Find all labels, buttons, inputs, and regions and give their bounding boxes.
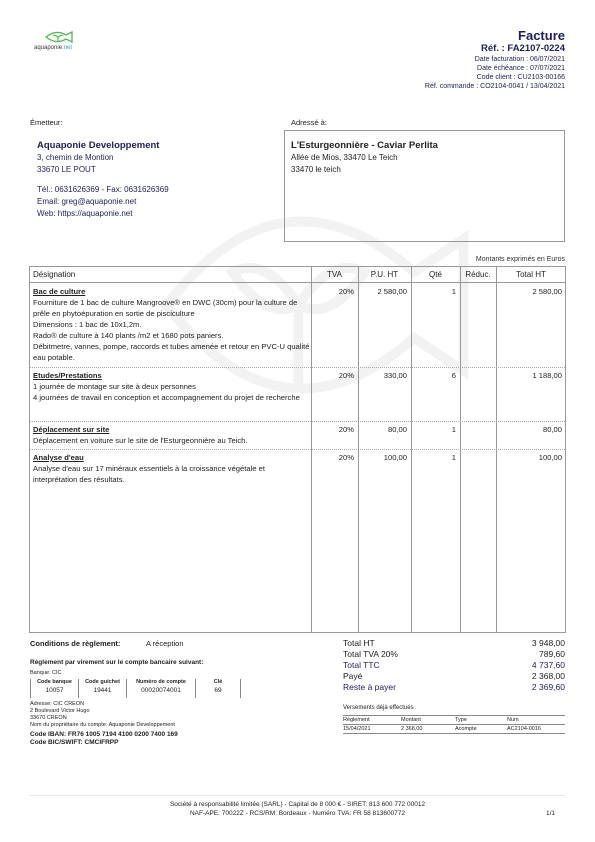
addressee-block: L'Esturgeonnière - Caviar Perlita Allée …: [284, 130, 565, 242]
payments-done-label: Versements déjà effectués: [343, 705, 414, 711]
bank-codes: Code IBAN: FR76 1005 7194 4100 0200 7400…: [30, 731, 178, 747]
total-value: 2 369,60: [532, 682, 565, 693]
emitter-label: Émetteur:: [30, 118, 63, 127]
total-label: Payé: [343, 671, 362, 681]
account-number-value: 00020074001: [127, 687, 195, 694]
branch-code-header: Code guichet: [79, 679, 126, 685]
payments-header-cell: Type: [455, 716, 467, 724]
footer-line1: Société à responsabilité limitée (SARL) …: [0, 800, 595, 809]
bank-name: Banque: CIC: [30, 670, 62, 676]
total-label: Total TVA 20%: [343, 649, 398, 659]
item-line: Fourniture de 1 bac de culture Mangroove…: [33, 297, 311, 319]
branch-code-value: 19441: [79, 687, 126, 694]
due-date: Date échéance : 07/07/2021: [425, 64, 565, 73]
item-line: Rado® de culture à 140 plants /m2 et 168…: [33, 330, 311, 341]
bic: Code BIC/SWIFT: CMCIFRPP: [30, 739, 178, 747]
item-tva: 20%: [311, 452, 354, 463]
conditions-label: Conditions de règlement:: [30, 639, 146, 648]
item-line: 4 journées de travail en conception et a…: [33, 392, 311, 403]
table-row: Déplacement sur siteDéplacement en voitu…: [30, 421, 565, 450]
emitter-email[interactable]: Email: greg@aquaponie.net: [37, 197, 136, 206]
item-line: Dimensions : 1 bac de 10x1,2m.: [33, 319, 311, 330]
emitter-address2: 33670 LE POUT: [37, 165, 96, 174]
addressee-name: L'Esturgeonnière - Caviar Perlita: [291, 140, 438, 151]
total-row: Total TVA 20%789,60: [343, 649, 565, 660]
key-header: Clé: [196, 679, 240, 685]
payments-header-cell: Règlement: [343, 716, 370, 724]
item-tva: 20%: [311, 370, 354, 381]
total-value: 4 737,60: [532, 660, 565, 671]
emitter-name: Aquaponie Developpement: [37, 140, 159, 151]
document-title: Facture: [425, 29, 565, 43]
legal-footer: Société à responsabilité limitée (SARL) …: [0, 800, 595, 818]
invoice-date: Date facturation : 06/07/2021: [425, 55, 565, 64]
addressee-label: Adressé à:: [291, 118, 327, 127]
item-tva: 20%: [311, 286, 354, 297]
item-pu: 80,00: [358, 424, 407, 435]
addressee-address2: 33470 le teich: [291, 165, 341, 174]
item-qty: 1: [411, 452, 456, 463]
table-row: Bac de cultureFourniture de 1 bac de cul…: [30, 283, 565, 368]
payment-row: 15/04/20212 368,00AcompteAC2104-0016: [343, 725, 565, 734]
item-line: Déplacement en voiture sur le site de l'…: [33, 435, 311, 446]
item-pu: 330,00: [358, 370, 407, 381]
conditions-value: A réception: [146, 639, 184, 648]
bank-code-header: Code banque: [31, 679, 78, 685]
header-tva: TVA: [311, 270, 358, 279]
item-line: Analyse d'eau sur 17 minéraux essentiels…: [33, 463, 311, 485]
footer-divider: [30, 795, 565, 796]
account-owner: Nom du propriétaire du compte: Aquaponie…: [30, 722, 175, 729]
total-label: Reste à payer: [343, 682, 396, 692]
key-value: 69: [196, 687, 240, 694]
items-table: Désignation TVA P.U. HT Qté Réduc. Total…: [29, 266, 566, 633]
payment-conditions: Conditions de règlement:A réception: [30, 639, 184, 648]
emitter-web[interactable]: Web: https://aquaponie.net: [37, 209, 132, 218]
item-title: Etudes/Prestations: [33, 370, 311, 381]
client-code: Code client : CU2103-00166: [425, 73, 565, 82]
bank-address-line: 33670 CREON: [30, 715, 175, 722]
item-qty: 1: [411, 286, 456, 297]
total-value: 789,60: [539, 649, 565, 660]
total-label: Total TTC: [343, 660, 380, 670]
account-number-header: Numéro de compte: [127, 679, 195, 685]
emitter-address1: 3, chemin de Montion: [37, 153, 114, 162]
iban: Code IBAN: FR76 1005 7194 4100 0200 7400…: [30, 731, 178, 739]
fish-leaf-icon: [44, 30, 74, 44]
total-value: 2 368,00: [532, 671, 565, 682]
header-qty: Qté: [411, 270, 460, 279]
footer-line2: NAF-APE: 70022Z - RCS/RM: Bordeaux - Num…: [0, 809, 595, 818]
item-line: 1 journée de montage sur site à deux per…: [33, 381, 311, 392]
item-total: 1 188,00: [496, 370, 562, 381]
item-line: Débitmetre, vannes, pompe, raccords et t…: [33, 341, 311, 363]
bank-code-value: 10057: [31, 687, 78, 694]
payment-row-cell: 15/04/2021: [343, 725, 371, 733]
emitter-block: Aquaponie Developpement 3, chemin de Mon…: [30, 130, 280, 230]
invoice-reference: Réf. : FA2107-0224: [425, 43, 565, 55]
payment-row-cell: 2 368,00: [401, 725, 422, 733]
item-pu: 2 580,00: [358, 286, 407, 297]
item-tva: 20%: [311, 424, 354, 435]
table-row: Analyse d'eauAnalyse d'eau sur 17 minéra…: [30, 449, 565, 634]
logo-text: aquaponie.net: [34, 45, 72, 51]
item-qty: 1: [411, 424, 456, 435]
company-logo: aquaponie.net: [30, 30, 90, 56]
payments-header: RèglementMontantTypeNum: [343, 716, 565, 725]
item-description: Etudes/Prestations1 journée de montage s…: [33, 370, 311, 403]
item-total: 100,00: [496, 452, 562, 463]
order-reference: Réf. commande : CO2104-0041 / 13/04/2021: [425, 82, 565, 91]
addressee-address1: Allée de Mios, 33470 Le Teich: [291, 153, 398, 162]
item-description: Bac de cultureFourniture de 1 bac de cul…: [33, 286, 311, 363]
header-pu: P.U. HT: [358, 270, 411, 279]
total-value: 3 948,00: [532, 638, 565, 649]
total-row: Payé2 368,00: [343, 671, 565, 682]
item-title: Bac de culture: [33, 286, 311, 297]
total-label: Total HT: [343, 638, 375, 648]
payment-row-cell: AC2104-0016: [507, 725, 541, 733]
total-row: Total HT3 948,00: [343, 638, 565, 649]
header-designation: Désignation: [33, 270, 75, 279]
payments-header-cell: Montant: [401, 716, 421, 724]
table-row: Etudes/Prestations1 journée de montage s…: [30, 367, 565, 422]
item-pu: 100,00: [358, 452, 407, 463]
totals-block: Total HT3 948,00Total TVA 20%789,60Total…: [343, 638, 565, 693]
bank-address-line: Adresse: CIC CREON: [30, 701, 175, 708]
item-description: Analyse d'eauAnalyse d'eau sur 17 minéra…: [33, 452, 311, 485]
total-row: Reste à payer2 369,60: [343, 682, 565, 693]
payments-done-table: RèglementMontantTypeNum15/04/20212 368,0…: [343, 715, 565, 734]
item-total: 2 580,00: [496, 286, 562, 297]
bank-address: Adresse: CIC CREON 2 Boulevard Victor Hu…: [30, 701, 175, 729]
page-number: 1/1: [546, 810, 555, 817]
payment-row-cell: Acompte: [455, 725, 477, 733]
bank-address-line: 2 Boulevard Victor Hugo: [30, 708, 175, 715]
item-title: Analyse d'eau: [33, 452, 311, 463]
transfer-label: Règlement par virement sur le compte ban…: [30, 659, 203, 666]
invoice-header: Facture Réf. : FA2107-0224 Date facturat…: [425, 29, 565, 91]
currency-note: Montants exprimés en Euros: [476, 256, 565, 263]
header-discount: Réduc.: [460, 270, 496, 279]
table-header: Désignation TVA P.U. HT Qté Réduc. Total…: [30, 267, 565, 283]
item-title: Déplacement sur site: [33, 424, 311, 435]
total-row: Total TTC4 737,60: [343, 660, 565, 671]
header-total: Total HT: [496, 270, 566, 279]
emitter-phone: Tél.: 0631626369 - Fax: 0631626369: [37, 185, 169, 194]
payments-header-cell: Num: [507, 716, 519, 724]
item-total: 80,00: [496, 424, 562, 435]
item-qty: 6: [411, 370, 456, 381]
item-description: Déplacement sur siteDéplacement en voitu…: [33, 424, 311, 446]
